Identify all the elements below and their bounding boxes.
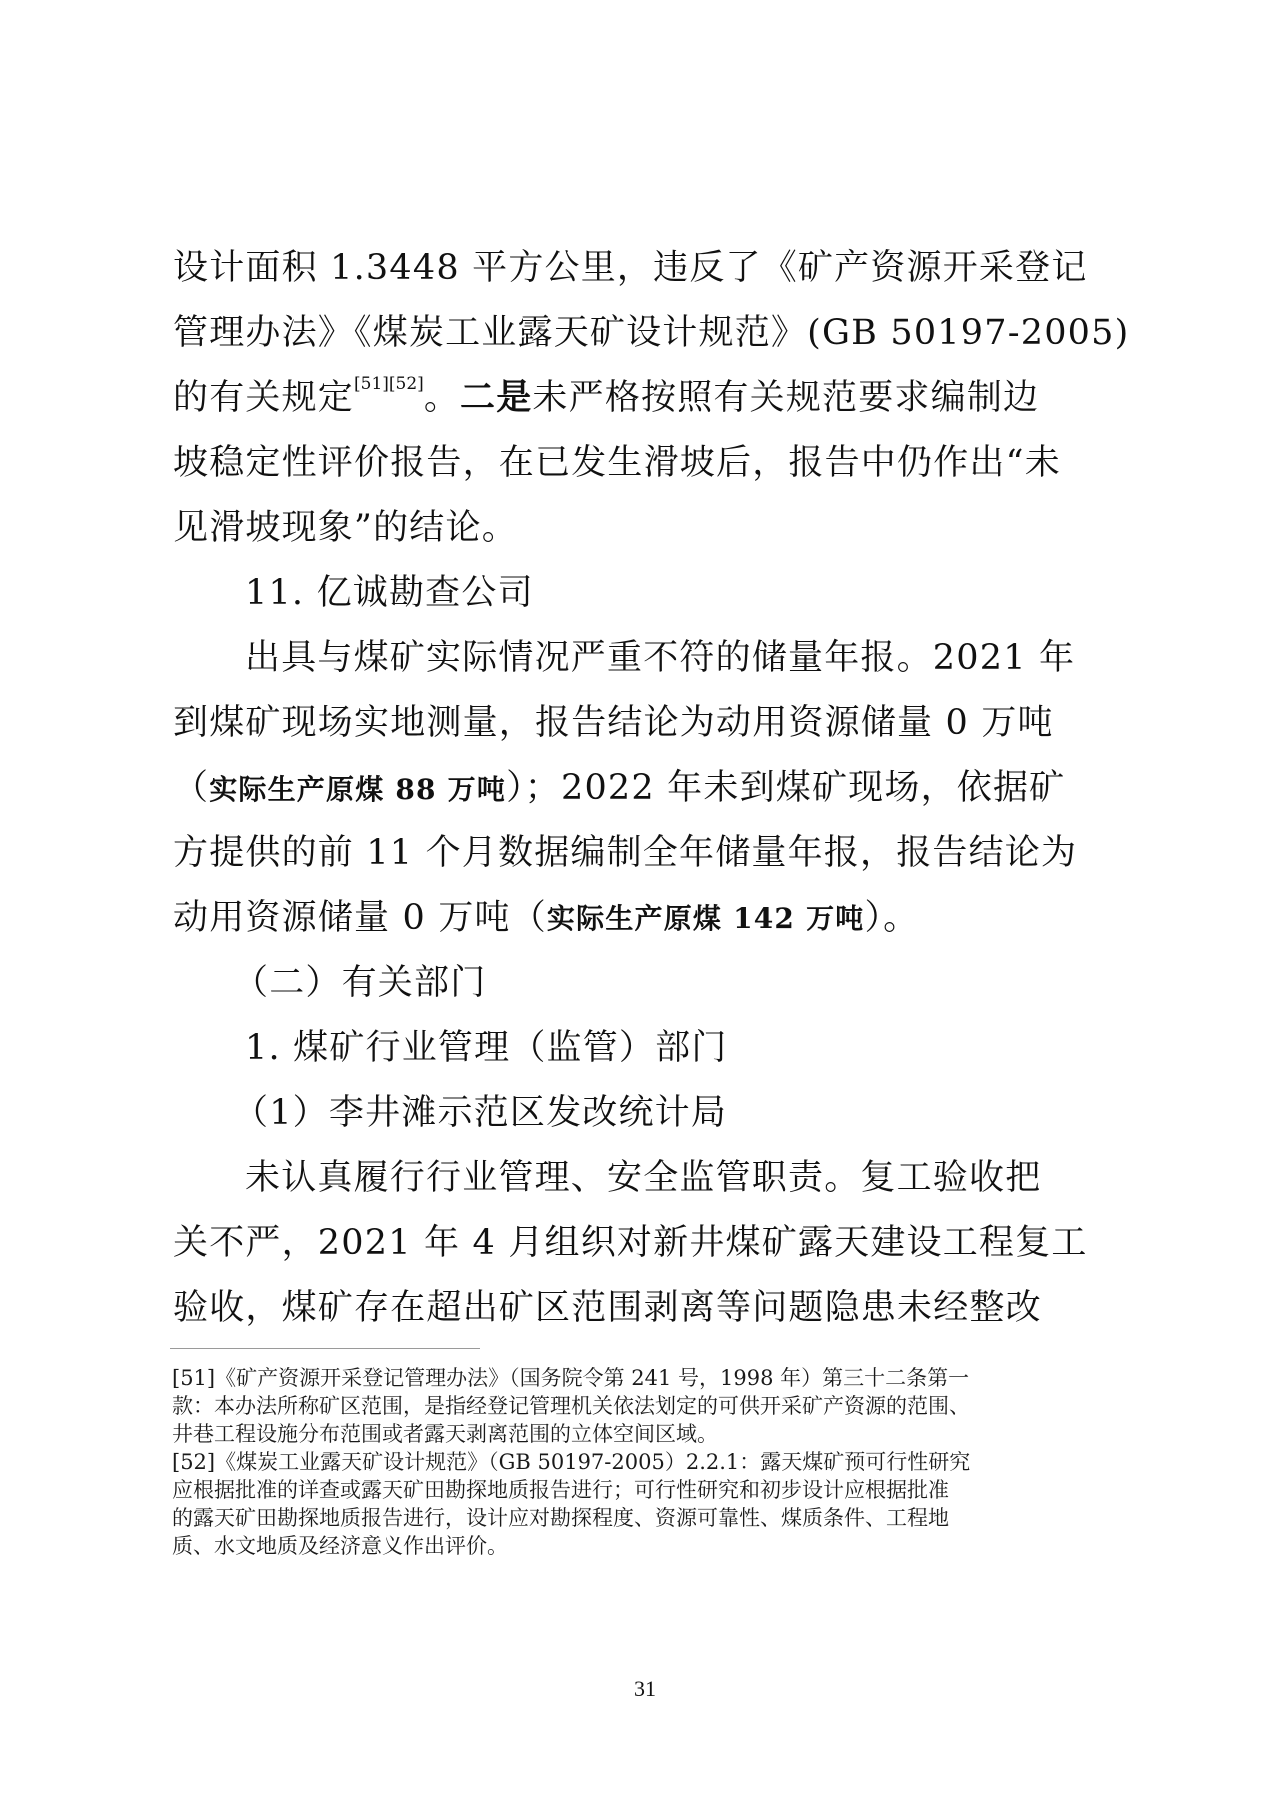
- body-line-15: 未认真履行行业管理、安全监管职责。复工验收把: [173, 1146, 1123, 1211]
- text-span: ）；2022 年未到煤矿现场，依据矿: [506, 768, 1065, 808]
- text-span: [52]《煤炭工业露天矿设计规范》（GB 50197-2005）2.2.1：露天…: [172, 1448, 970, 1476]
- section-heading-11: 11. 亿诚勘查公司: [173, 561, 1123, 626]
- body-line-8: 到煤矿现场实地测量，报告结论为动用资源储量 0 万吨: [173, 691, 1123, 756]
- document-page: 设计面积 1.3448 平方公里，违反了《矿产资源开采登记 管理办法》《煤炭工业…: [0, 0, 1280, 1809]
- body-line-16: 关不严，2021 年 4 月组织对新井煤矿露天建设工程复工: [173, 1211, 1123, 1276]
- heading-text: 1. 煤矿行业管理（监管）部门: [245, 1016, 728, 1081]
- section-heading-bureau: （1）李井滩示范区发改统计局: [173, 1081, 1123, 1146]
- page-number: 31: [0, 1676, 1280, 1702]
- text-span: 的露天矿田勘探地质报告进行，设计应对勘探程度、资源可靠性、煤质条件、工程地: [172, 1504, 949, 1532]
- parenthetical-note: 实际生产原煤 88 万吨: [209, 773, 506, 806]
- text-span: 动用资源储量 0 万吨（: [173, 886, 547, 951]
- body-line-10: 方提供的前 11 个月数据编制全年储量年报，报告结论为: [173, 821, 1123, 886]
- text-span: 应根据批准的详查或露天矿田勘探地质报告进行；可行性研究和初步设计应根据批准: [172, 1476, 949, 1504]
- text-span: （: [173, 768, 209, 808]
- body-line-11: 动用资源储量 0 万吨（实际生产原煤 142 万吨）。: [173, 886, 1123, 951]
- body-line-9: （实际生产原煤 88 万吨）；2022 年未到煤矿现场，依据矿: [173, 756, 1123, 821]
- text-span: 的有关规定: [173, 378, 354, 418]
- text-span: [51]《矿产资源开采登记管理办法》（国务院令第 241 号，1998 年）第三…: [172, 1364, 969, 1392]
- text-span: 未严格按照有关规范要求编制边: [532, 378, 1039, 418]
- text-span: 关不严，2021 年 4 月组织对新井煤矿露天建设工程复工: [173, 1211, 1088, 1276]
- body-line-1: 设计面积 1.3448 平方公里，违反了《矿产资源开采登记: [173, 236, 1123, 301]
- text-span: 设计面积 1.3448 平方公里，违反了《矿产资源开采登记: [173, 236, 1088, 301]
- footnote-51: [51]《矿产资源开采登记管理办法》（国务院令第 241 号，1998 年）第三…: [172, 1364, 1122, 1448]
- text-span: 见滑坡现象”的结论。: [173, 496, 518, 561]
- body-line-2: 管理办法》《煤炭工业露天矿设计规范》(GB 50197-2005): [173, 301, 1123, 366]
- footnote-divider: [170, 1348, 480, 1349]
- footnote-line: 井巷工程设施分布范围或者露天剥离范围的立体空间区域。: [172, 1420, 1122, 1448]
- text-span: 坡稳定性评价报告，在已发生滑坡后，报告中仍作出“未: [173, 431, 1061, 496]
- body-line-4: 坡稳定性评价报告，在已发生滑坡后，报告中仍作出“未: [173, 431, 1123, 496]
- text-span: ）。: [864, 886, 919, 951]
- body-line-5: 见滑坡现象”的结论。: [173, 496, 1123, 561]
- text-span: 管理办法》《煤炭工业露天矿设计规范》(GB 50197-2005): [173, 301, 1129, 366]
- footnotes: [51]《矿产资源开采登记管理办法》（国务院令第 241 号，1998 年）第三…: [172, 1364, 1122, 1560]
- text-span: 的有关规定[51][52]。二是未严格按照有关规范要求编制边: [173, 366, 1039, 431]
- text-span: 验收，煤矿存在超出矿区范围剥离等问题隐患未经整改: [173, 1276, 1042, 1341]
- footnote-reference[interactable]: [51][52]: [354, 374, 424, 394]
- footnote-line: 质、水文地质及经济意义作出评价。: [172, 1532, 1122, 1560]
- footnote-line: [52]《煤炭工业露天矿设计规范》（GB 50197-2005）2.2.1：露天…: [172, 1448, 1122, 1476]
- heading-text: （二）有关部门: [233, 951, 486, 1016]
- body-line-17: 验收，煤矿存在超出矿区范围剥离等问题隐患未经整改: [173, 1276, 1123, 1341]
- footnote-line: [51]《矿产资源开采登记管理办法》（国务院令第 241 号，1998 年）第三…: [172, 1364, 1122, 1392]
- section-heading-coal-industry-dept: 1. 煤矿行业管理（监管）部门: [173, 1016, 1123, 1081]
- section-heading-related-departments: （二）有关部门: [173, 951, 1123, 1016]
- heading-text: （1）李井滩示范区发改统计局: [233, 1081, 727, 1146]
- emphasis-label: 二是: [460, 378, 532, 418]
- text-span: 到煤矿现场实地测量，报告结论为动用资源储量 0 万吨: [173, 691, 1054, 756]
- footnote-52: [52]《煤炭工业露天矿设计规范》（GB 50197-2005）2.2.1：露天…: [172, 1448, 1122, 1560]
- text-span: 方提供的前 11 个月数据编制全年储量年报，报告结论为: [173, 821, 1077, 886]
- footnote-line: 的露天矿田勘探地质报告进行，设计应对勘探程度、资源可靠性、煤质条件、工程地: [172, 1504, 1122, 1532]
- body-line-3: 的有关规定[51][52]。二是未严格按照有关规范要求编制边: [173, 366, 1123, 431]
- text-span: 款：本办法所称矿区范围，是指经登记管理机关依法划定的可供开采矿产资源的范围、: [172, 1392, 970, 1420]
- heading-text: 11. 亿诚勘查公司: [245, 561, 534, 626]
- text-span: 井巷工程设施分布范围或者露天剥离范围的立体空间区域。: [172, 1420, 718, 1448]
- text-span: 出具与煤矿实际情况严重不符的储量年报。2021 年: [245, 626, 1075, 691]
- text-span: 质、水文地质及经济意义作出评价。: [172, 1532, 508, 1560]
- text-span: 未认真履行行业管理、安全监管职责。复工验收把: [245, 1146, 1041, 1211]
- footnote-line: 应根据批准的详查或露天矿田勘探地质报告进行；可行性研究和初步设计应根据批准: [172, 1476, 1122, 1504]
- footnote-line: 款：本办法所称矿区范围，是指经登记管理机关依法划定的可供开采矿产资源的范围、: [172, 1392, 1122, 1420]
- text-span: 。: [424, 378, 460, 418]
- body-line-7: 出具与煤矿实际情况严重不符的储量年报。2021 年: [173, 626, 1123, 691]
- body-text: 设计面积 1.3448 平方公里，违反了《矿产资源开采登记 管理办法》《煤炭工业…: [173, 236, 1123, 1341]
- text-span: （实际生产原煤 88 万吨）；2022 年未到煤矿现场，依据矿: [173, 756, 1065, 821]
- parenthetical-note: 实际生产原煤 142 万吨: [547, 886, 865, 951]
